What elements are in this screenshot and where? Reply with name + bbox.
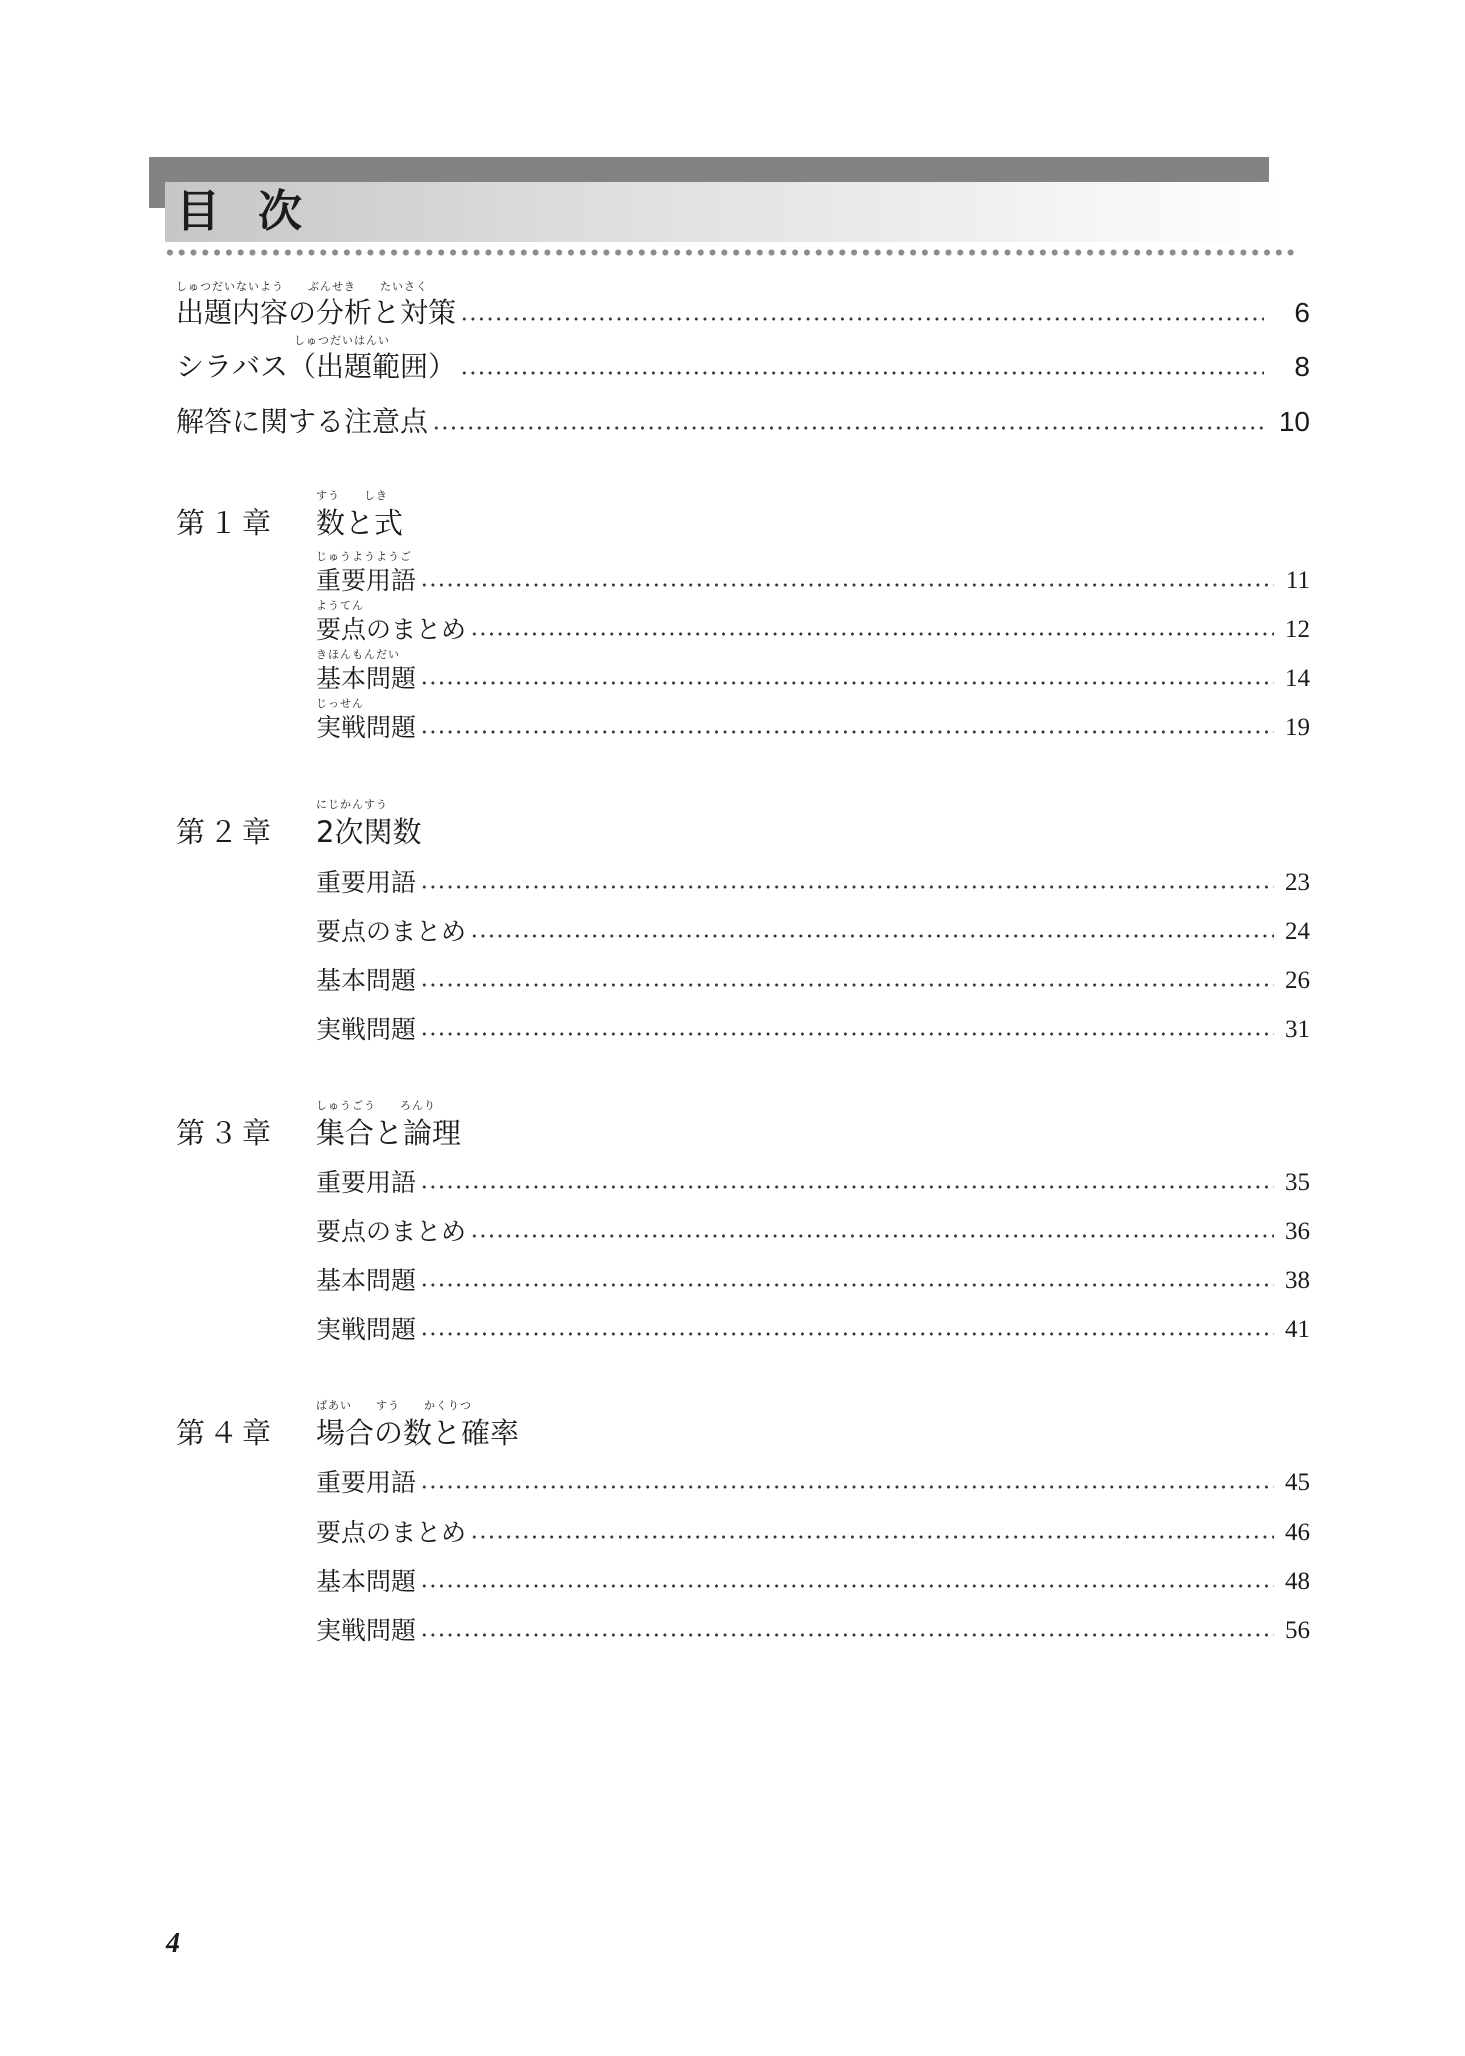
dot-leader (420, 583, 1274, 587)
furigana: じっせん (316, 698, 364, 710)
toc-entry[interactable]: ようてん要点のまとめ 12 (316, 615, 1310, 645)
toc-page-number: 46 (1280, 1518, 1310, 1548)
chapter-number: 第３章 (176, 1116, 275, 1150)
furigana: にじかんすう (316, 799, 388, 811)
dot-leader (420, 1633, 1274, 1637)
dot-leader (432, 426, 1264, 430)
toc-entry-label: 解答に関する注意点 (176, 405, 428, 439)
furigana: しゅつだいはんい (294, 335, 390, 347)
toc-page-number: 14 (1280, 664, 1310, 694)
header-bar-strip (149, 182, 165, 208)
toc-entry[interactable]: 基本問題 48 (316, 1567, 1310, 1597)
chapter-title[interactable]: すう しき数と式 (316, 506, 403, 540)
toc-page-number: 26 (1280, 966, 1310, 996)
toc-entry[interactable]: じっせん実戦問題 19 (316, 713, 1310, 743)
dot-leader (470, 934, 1274, 938)
furigana: ようてん (316, 600, 364, 612)
dot-leader (420, 681, 1274, 685)
dot-leader (460, 317, 1264, 321)
toc-entry[interactable]: 要点のまとめ 46 (316, 1518, 1310, 1548)
toc-page-number: 11 (1280, 566, 1310, 596)
toc-page-number: 31 (1280, 1015, 1310, 1045)
chapter-title[interactable]: ばあい すう かくりつ場合の数と確率 (316, 1416, 519, 1450)
toc-page-number: 41 (1280, 1315, 1310, 1345)
dot-leader (470, 1535, 1274, 1539)
toc-entry[interactable]: 要点のまとめ 36 (316, 1217, 1310, 1247)
toc-entry[interactable]: 基本問題 38 (316, 1266, 1310, 1296)
toc-page-number: 36 (1280, 1217, 1310, 1247)
toc-page-number: 48 (1280, 1567, 1310, 1597)
toc-entry-label: しゅつだいはんいシラバス（出題範囲） (176, 350, 456, 384)
dot-leader (420, 1185, 1274, 1189)
toc-page-number: 38 (1280, 1266, 1310, 1296)
toc-page-number: 12 (1280, 615, 1310, 645)
toc-page-number: 19 (1280, 713, 1310, 743)
toc-page-number: 10 (1270, 405, 1310, 439)
toc-entry[interactable]: 重要用語 35 (316, 1168, 1310, 1198)
chapter-number: 第２章 (176, 815, 275, 849)
toc-entry[interactable]: 基本問題 26 (316, 966, 1310, 996)
toc-page-number: 56 (1280, 1616, 1310, 1646)
toc-entry[interactable]: きほんもんだい基本問題 14 (316, 664, 1310, 694)
toc-entry[interactable]: 重要用語 45 (316, 1468, 1310, 1498)
toc-entry[interactable]: 重要用語 23 (316, 868, 1310, 898)
furigana: しゅうごう ろんり (316, 1100, 436, 1112)
toc-entry[interactable]: 要点のまとめ 24 (316, 917, 1310, 947)
chapter-number: 第１章 (176, 506, 275, 540)
dotted-divider (164, 249, 1294, 256)
furigana: じゅうようようご (316, 551, 412, 563)
toc-page-number: 24 (1280, 917, 1310, 947)
toc-page-number: 45 (1280, 1468, 1310, 1498)
furigana: ばあい すう かくりつ (316, 1400, 472, 1412)
dot-leader (470, 1234, 1274, 1238)
dot-leader (420, 885, 1274, 889)
dot-leader (420, 983, 1274, 987)
page-number: 4 (166, 1928, 180, 1960)
toc-entry-label: しゅつだいないよう ぶんせき たいさく出題内容の分析と対策 (176, 296, 456, 330)
furigana: すう しき (316, 490, 388, 502)
toc-entry[interactable]: 実戦問題 56 (316, 1616, 1310, 1646)
dot-leader (420, 1032, 1274, 1036)
dot-leader (420, 1283, 1274, 1287)
toc-entry[interactable]: じゅうようようご重要用語 11 (316, 566, 1310, 596)
page-title: 目次 (176, 186, 340, 238)
toc-entry[interactable]: しゅつだいないよう ぶんせき たいさく出題内容の分析と対策 6 (176, 296, 1310, 330)
dot-leader (460, 371, 1264, 375)
dot-leader (420, 1584, 1274, 1588)
toc-page-number: 6 (1270, 296, 1310, 330)
toc-page-number: 8 (1270, 350, 1310, 384)
toc-page-number: 23 (1280, 868, 1310, 898)
chapter-title[interactable]: しゅうごう ろんり集合と論理 (316, 1116, 461, 1150)
toc-entry[interactable]: 実戦問題 31 (316, 1015, 1310, 1045)
chapter-number: 第４章 (176, 1416, 275, 1450)
furigana: しゅつだいないよう ぶんせき たいさく (176, 281, 428, 293)
furigana: きほんもんだい (316, 649, 400, 661)
toc-entry[interactable]: 解答に関する注意点 10 (176, 405, 1310, 439)
toc-page-number: 35 (1280, 1168, 1310, 1198)
dot-leader (420, 1485, 1274, 1489)
header-bar-dark (149, 157, 1269, 182)
toc-entry[interactable]: 実戦問題 41 (316, 1315, 1310, 1345)
toc-entry[interactable]: しゅつだいはんいシラバス（出題範囲） 8 (176, 350, 1310, 384)
dot-leader (420, 730, 1274, 734)
dot-leader (470, 632, 1274, 636)
dot-leader (420, 1332, 1274, 1336)
chapter-title[interactable]: にじかんすう2次関数 (316, 815, 421, 849)
